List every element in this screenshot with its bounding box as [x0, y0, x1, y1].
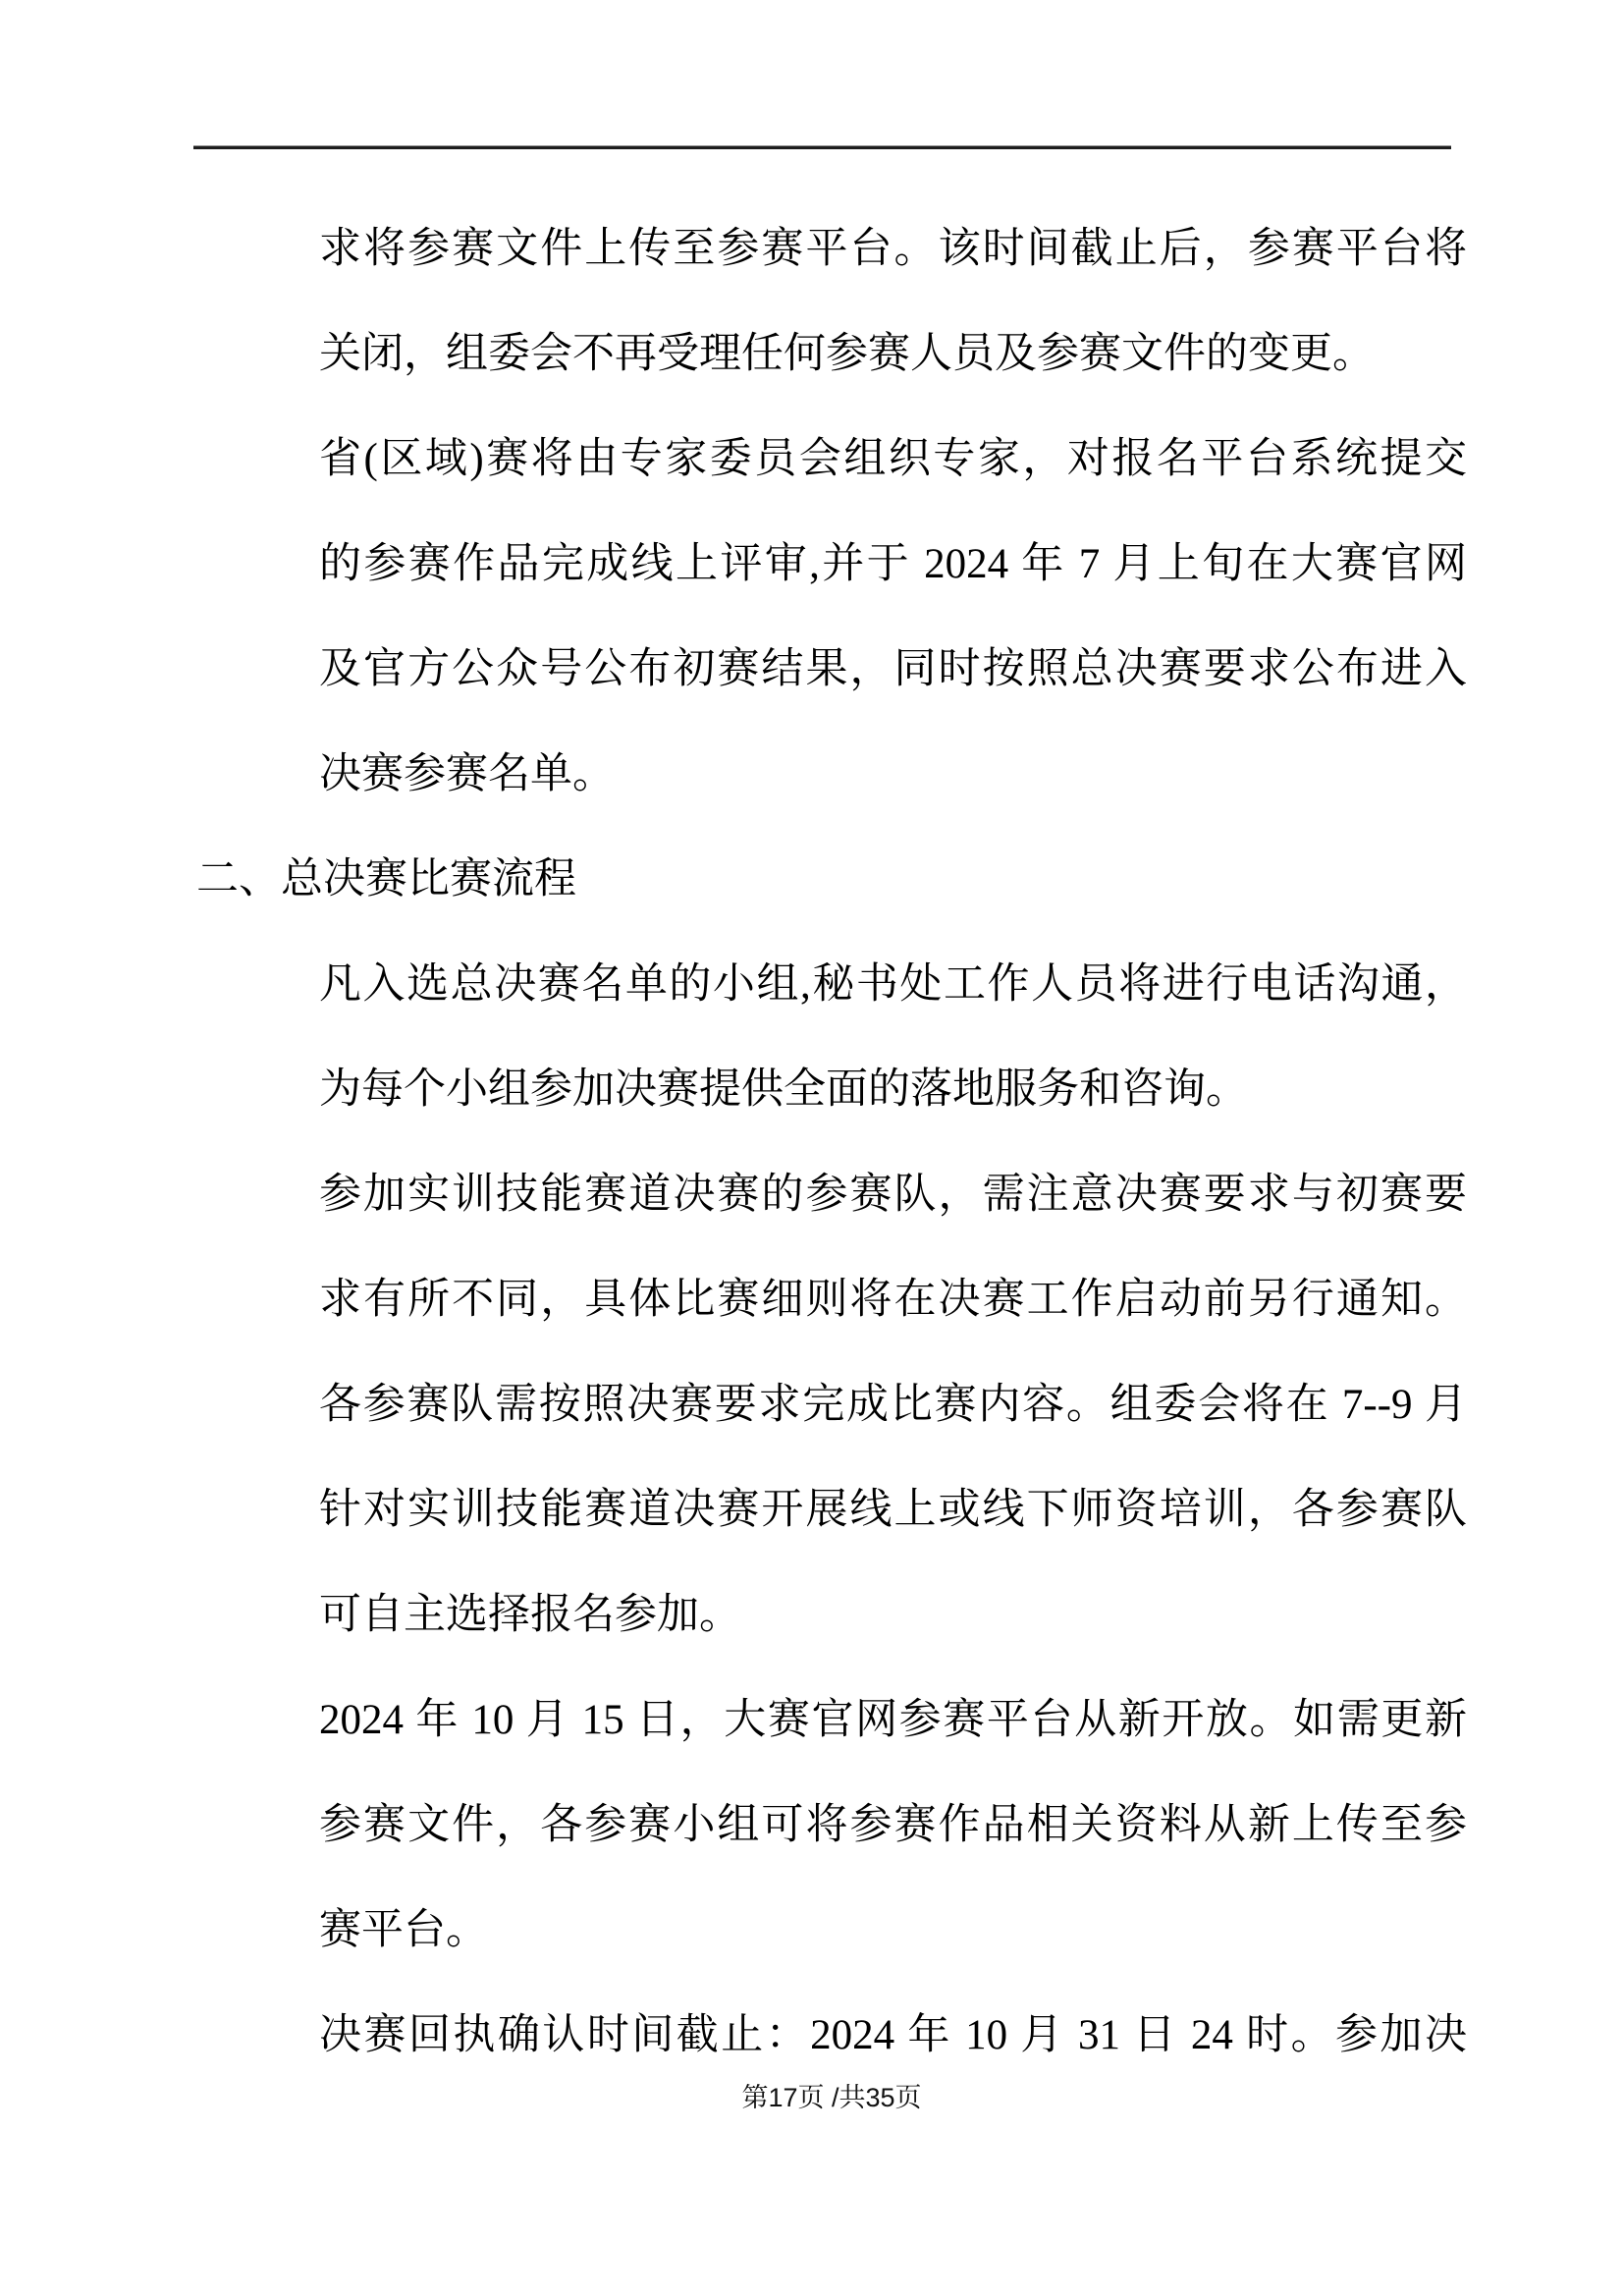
body-line-text: 2024 年 10 月 15 日，大赛官网参赛平台从新开放。如需更新 [319, 1697, 1467, 1743]
body-line-text: 凡入选总决赛名单的小组,秘书处工作人员将进行电话沟通， [319, 961, 1467, 1008]
body-line: 为每个小组参加决赛提供全面的落地服务和咨询。 [319, 1037, 1467, 1142]
header-rule [193, 145, 1451, 149]
document-body: 求将参赛文件上传至参赛平台。该时间截止后，参赛平台将 关闭，组委会不再受理任何参… [0, 196, 1623, 2088]
body-line: 3.2024 年 10 月 15 日，大赛官网参赛平台从新开放。如需更新 [319, 1667, 1467, 1773]
body-line: 求有所不同，具体比赛细则将在决赛工作启动前另行通知。 [319, 1247, 1467, 1352]
body-line-text: 省(区域)赛将由专家委员会组织专家，对报名平台系统提交 [319, 436, 1467, 482]
body-line: 针对实训技能赛道决赛开展线上或线下师资培训，各参赛队 [319, 1457, 1467, 1562]
body-line: 可自主选择报名参加。 [319, 1562, 1467, 1667]
body-line: 及官方公众号公布初赛结果，同时按照总决赛要求公布进入 [319, 617, 1467, 722]
body-line: 求将参赛文件上传至参赛平台。该时间截止后，参赛平台将 [319, 196, 1467, 301]
body-line: 关闭，组委会不再受理任何参赛人员及参赛文件的变更。 [319, 301, 1467, 407]
body-line: 赛平台。 [319, 1878, 1467, 1983]
page-number-footer: 第17页 /共35页 [196, 2068, 1467, 2127]
body-line-text: 决赛回执确认时间截止：2024 年 10 月 31 日 24 时。参加决 [319, 2012, 1467, 2058]
body-line: 的参赛作品完成线上评审,并于 2024 年 7 月上旬在大赛官网 [319, 512, 1467, 617]
body-line: 1.凡入选总决赛名单的小组,秘书处工作人员将进行电话沟通， [319, 932, 1467, 1037]
body-line: 5.省(区域)赛将由专家委员会组织专家，对报名平台系统提交 [319, 407, 1467, 512]
body-line: 参赛文件，各参赛小组可将参赛作品相关资料从新上传至参 [319, 1773, 1467, 1878]
document-page: 求将参赛文件上传至参赛平台。该时间截止后，参赛平台将 关闭，组委会不再受理任何参… [0, 0, 1623, 2296]
body-line: 各参赛队需按照决赛要求完成比赛内容。组委会将在 7--9 月 [319, 1352, 1467, 1457]
body-line-text: 参加实训技能赛道决赛的参赛队，需注意决赛要求与初赛要 [319, 1172, 1467, 1218]
body-line: 2.参加实训技能赛道决赛的参赛队，需注意决赛要求与初赛要 [319, 1142, 1467, 1247]
section-heading: 二、总决赛比赛流程 [196, 827, 1467, 932]
body-line: 决赛参赛名单。 [319, 722, 1467, 827]
